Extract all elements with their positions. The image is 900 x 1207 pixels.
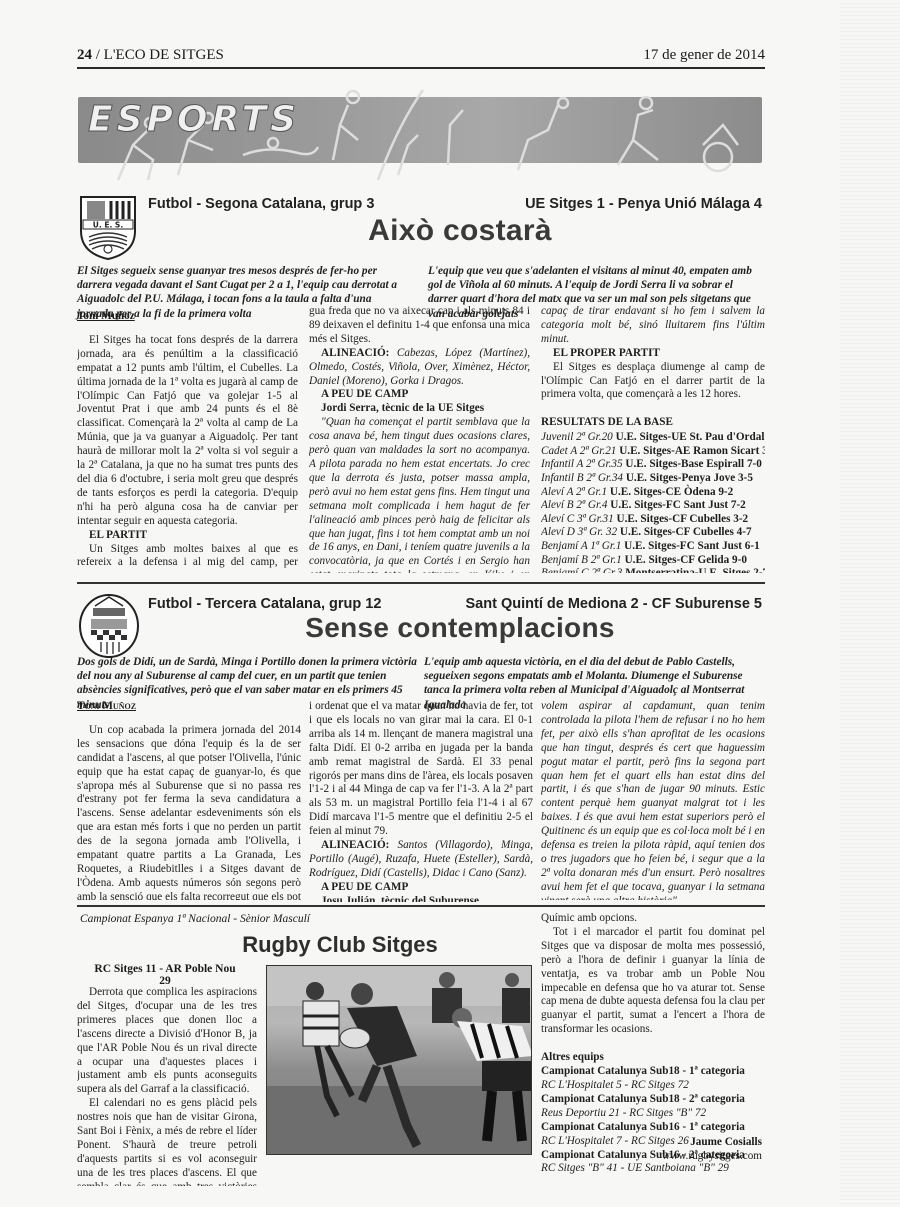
article1-intro: El Sitges ha tocat fons després de la da… (77, 334, 298, 529)
result-row: Benjamí C 2ª Gr.3 Montserratina-U.E. Sit… (541, 567, 765, 573)
article2-headline: Sense contemplacions (250, 612, 670, 644)
article1-quote: "Quan ha començat el partit semblava que… (309, 416, 530, 573)
other-competition: Campionat Catalunya Sub18 - 1ª categoria (541, 1065, 765, 1079)
article2-section: Futbol - Tercera Catalana, grup 12 (148, 596, 381, 612)
result-row: Infantil B 2ª Gr.34 U.E. Sitges-Penya Jo… (541, 472, 765, 486)
result-row: Aleví B 2ª Gr.4 U.E. Sitges-FC Sant Just… (541, 499, 765, 513)
result-row: Cadet A 2ª Gr.21 U.E. Sitges-AE Ramon Si… (541, 445, 765, 459)
article1-column-1: Toni Muñoz El Sitges ha tocat fons despr… (77, 310, 298, 570)
article3-score: RC Sitges 11 - AR Poble Nou 29 (90, 963, 240, 987)
article2-byline: Toni Muñoz (77, 700, 301, 714)
header-rule (77, 67, 765, 69)
article3-section: Campionat Espanya 1ª Nacional - Sènior M… (80, 913, 310, 925)
other-competition: Campionat Catalunya Sub18 - 2ª categoria (541, 1093, 765, 1107)
scan-edge (840, 0, 900, 1207)
article2-score: Sant Quintí de Mediona 2 - CF Suburense … (466, 596, 762, 612)
article2-alineacio-label: ALINEACIÓ: (321, 839, 389, 851)
article1-proper: El Sitges es desplaça diumenge al camp d… (541, 361, 765, 403)
other-result: Reus Deportiu 21 - RC Sitges "B" 72 (541, 1107, 765, 1121)
newspaper-page: 24 / L'ECO DE SITGES 17 de gener de 2014 (0, 0, 900, 1207)
article2-intro: Un cop acabada la primera jornada del 20… (77, 724, 301, 900)
result-row: Infantil A 2ª Gr.35 U.E. Sitges-Base Esp… (541, 458, 765, 472)
result-row: Benjamí B 2ª Gr.1 U.E. Sitges-CF Gelida … (541, 554, 765, 568)
article1-proper-title: EL PROPER PARTIT (541, 347, 765, 361)
other-competition: Campionat Catalunya Sub16 - 1ª categoria (541, 1121, 765, 1135)
publication-name: / L'ECO DE SITGES (92, 47, 224, 63)
article3-body1: Derrota que complica les aspiracions del… (77, 986, 257, 1097)
section-divider (77, 582, 765, 584)
section-divider (77, 905, 765, 907)
article2-column-2: i ordenat que el va matar quan ho havia … (309, 700, 533, 902)
article1-peu-person: Jordi Serra, tècnic de la UE Sitges (309, 402, 530, 416)
svg-text:U. E. S.: U. E. S. (93, 221, 124, 230)
article1-partit-title: EL PARTIT (77, 529, 298, 543)
page-number: 24 (77, 47, 92, 63)
other-result: RC Sitges "B" 41 - UE Santboiana "B" 29 (541, 1162, 765, 1176)
article3-body3: Tot i el marcador el partit fou dominat … (541, 926, 765, 1037)
article3-headline: Rugby Club Sitges (200, 932, 480, 958)
result-row: Benjamí A 1ª Gr.1 U.E. Sitges-FC Sant Ju… (541, 540, 765, 554)
article3-author: Jaume Cosialls (690, 1136, 762, 1148)
result-row: Aleví C 3ª Gr.31 U.E. Sitges-CF Cubelles… (541, 513, 765, 527)
article1-partit: Un Sitges amb moltes baixes al que es re… (77, 543, 298, 571)
other-teams-title: Altres equips (541, 1051, 765, 1065)
article2-peu-title: A PEU DE CAMP (309, 881, 533, 895)
banner-title: ESPORTS (88, 99, 300, 140)
article3-website[interactable]: www.rugbysitges.com (662, 1150, 762, 1162)
page-header: 24 / L'ECO DE SITGES 17 de gener de 2014 (77, 47, 765, 67)
article3-column-1: Derrota que complica les aspiracions del… (77, 986, 257, 1186)
article1-alineacio-label: ALINEACIÓ: (321, 347, 389, 359)
article3-body2: El calendari no es gens plàcid pels nost… (77, 1097, 257, 1186)
ue-sitges-logo-icon: U. E. S. (77, 193, 139, 261)
article1-column-2: gua freda que no va aixecar cap i als mi… (309, 305, 530, 573)
result-row: Aleví D 3ª Gr. 32 U.E. Sitges-CF Cubelle… (541, 526, 765, 540)
result-row: Aleví A 2ª Gr.1 U.E. Sitges-CE Òdena 9-2 (541, 486, 765, 500)
article2-column-3: volem aspirar al capdamunt, quan tenim c… (541, 700, 765, 900)
article1-column-3: capaç de tirar endavant si ho fem i salv… (541, 305, 765, 573)
cf-suburense-logo-icon (77, 592, 141, 660)
article1-byline: Toni Muñoz (77, 310, 298, 324)
base-results-title: RESULTATS DE LA BASE (541, 416, 765, 430)
article1-headline: Això costarà (300, 214, 620, 248)
rugby-match-photo (266, 965, 532, 1155)
article1-score: UE Sitges 1 - Penya Unió Málaga 4 (525, 196, 762, 212)
issue-date: 17 de gener de 2014 (643, 47, 765, 64)
rugby-players-icon (267, 966, 532, 1155)
article2-peu-person: Josu Julián, tècnic del Suburense (309, 895, 533, 902)
base-results: RESULTATS DE LA BASE Juvenil 2ª Gr.20 U.… (541, 416, 765, 573)
other-result: RC L'Hospitalet 5 - RC Sitges 72 (541, 1079, 765, 1093)
article1-section: Futbol - Segona Catalana, grup 3 (148, 196, 374, 212)
article2-column-1: Toni Muñoz Un cop acabada la primera jor… (77, 700, 301, 900)
result-row: Juvenil 2ª Gr.20 U.E. Sitges-UE St. Pau … (541, 431, 765, 445)
esports-banner: ESPORTS (78, 85, 762, 185)
article1-peu-title: A PEU DE CAMP (309, 388, 530, 402)
